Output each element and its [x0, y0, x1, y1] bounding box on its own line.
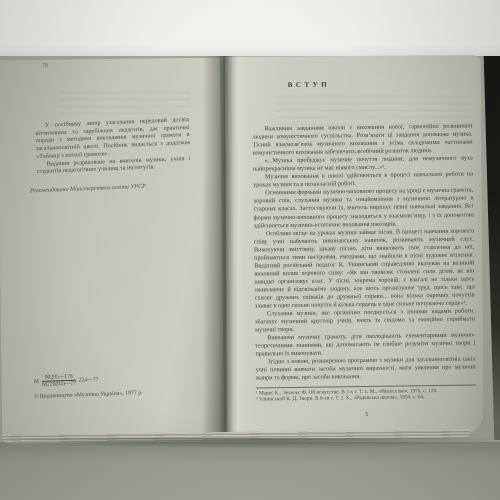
intro-text-block: ВСТУП Важливим завданням школи є вихован…: [252, 76, 477, 419]
footnotes-block: ¹ Маркс К., Энгельс Ф. Об искусстве. В 2…: [256, 387, 476, 404]
photo-top-margin: [0, 0, 500, 56]
intro-paragraph: Згідно з новою, розширеною програмою з м…: [256, 356, 476, 383]
footnote: ² Ушинський К. Д. Твори. В 6-ти т. Т. 2.…: [256, 394, 476, 404]
chapter-heading: ВСТУП: [288, 78, 472, 89]
book-photo: 78 У посібнику автор узагальнив передови…: [0, 0, 500, 500]
open-book-spread: 78 У посібнику автор узагальнив передови…: [0, 56, 500, 442]
catalog-fraction: 90205—178 М226(04)—77: [42, 374, 76, 389]
intro-paragraph: Важливим завданням школи є виховання нов…: [252, 122, 472, 157]
show-through-left: [60, 92, 190, 118]
catalog-denominator: М226(04)—77: [42, 381, 76, 389]
catalog-prefix: М: [34, 379, 39, 385]
catalog-code: М 90205—178 М226(04)—77 224—77: [34, 373, 99, 389]
book-gutter-shadow: [202, 56, 246, 440]
intro-paragraph: Слухання музики, яке органічно поєднуєть…: [255, 308, 475, 335]
annotation-block: У посібнику автор узагальнив передовий д…: [35, 117, 191, 177]
photo-bottom-surface: [0, 442, 500, 500]
catalog-suffix: 224—77: [79, 377, 99, 384]
intro-paragraph: Основними формами музично-виховного проц…: [253, 187, 474, 230]
intro-paragraph: Вивчаючи музичну грамоту, діти оволодіва…: [255, 332, 475, 359]
intro-paragraph: Особливе місце на уроках музики займає п…: [254, 227, 475, 311]
annotation-paragraph: У посібнику автор узагальнив передовий д…: [35, 117, 190, 162]
corner-mark: 78: [42, 63, 48, 69]
